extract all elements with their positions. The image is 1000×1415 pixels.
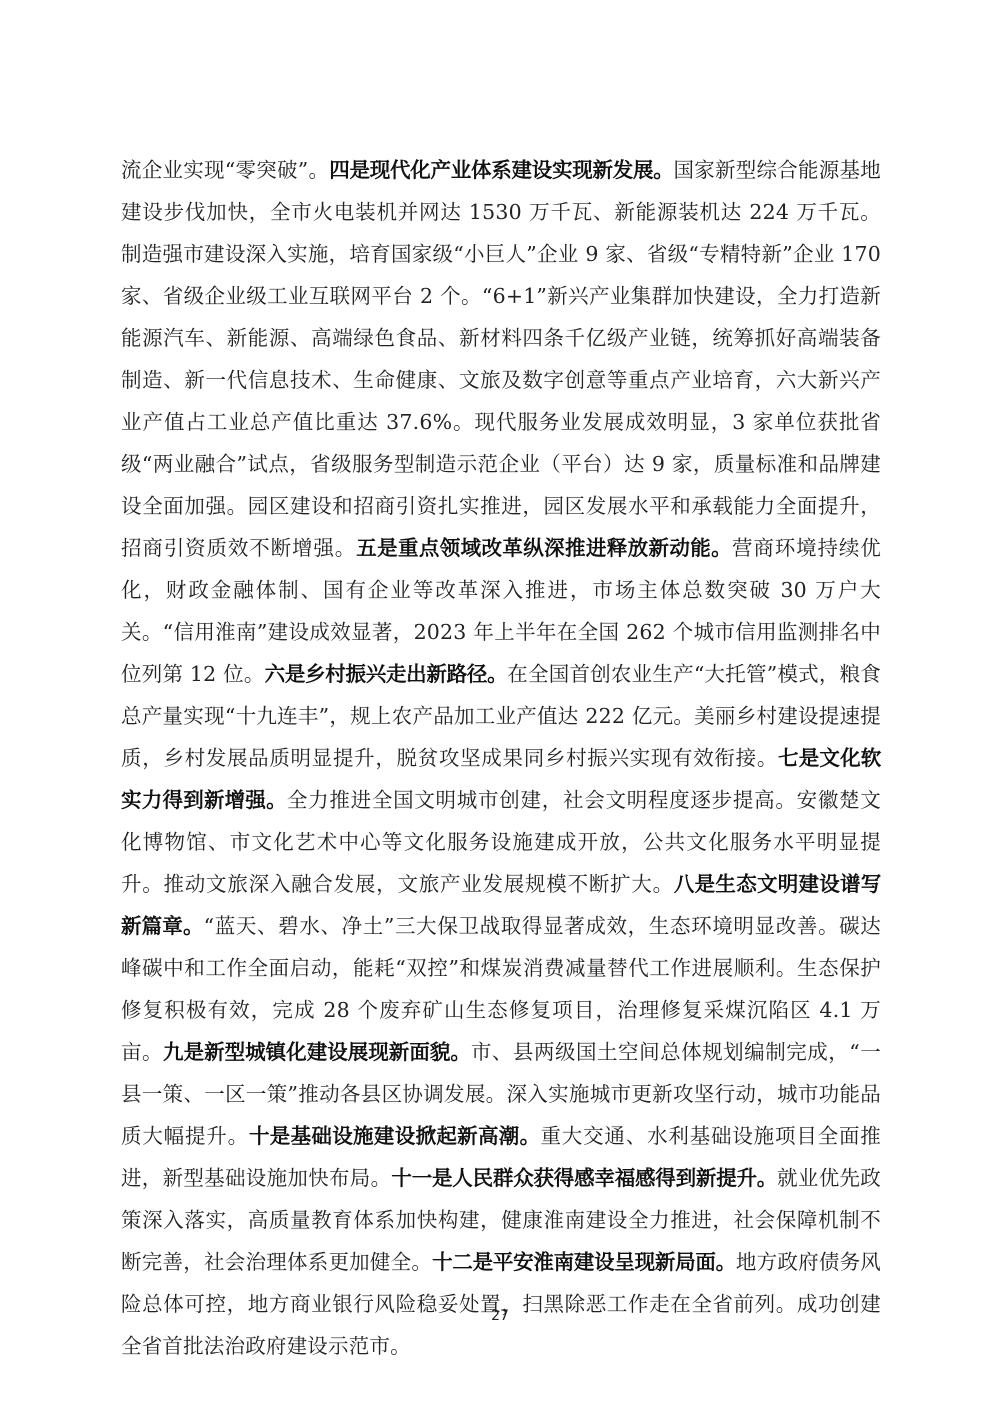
- body-paragraph: 流企业实现“零突破”。四是现代化产业体系建设实现新发展。国家新型综合能源基地建设…: [121, 149, 881, 1367]
- section-heading-12: 十二是平安淮南建设呈现新局面。: [432, 1250, 736, 1274]
- section-heading-6: 六是乡村振兴走出新路径。: [265, 662, 508, 686]
- document-page: 流企业实现“零突破”。四是现代化产业体系建设实现新发展。国家新型综合能源基地建设…: [0, 0, 1000, 1415]
- text-segment: 国家新型综合能源基地建设步伐加快，全市火电装机并网达 1530 万千瓦、新能源装…: [121, 158, 881, 560]
- section-heading-9: 九是新型城镇化建设展现新面貌。: [163, 1040, 471, 1064]
- section-heading-10: 十是基础设施建设掀起新高潮。: [249, 1124, 541, 1148]
- section-heading-4: 四是现代化产业体系建设实现新发展。: [329, 158, 673, 182]
- text-segment: 流企业实现“零突破”。: [121, 158, 329, 182]
- section-heading-5: 五是重点领域改革纵深推进释放新动能。: [356, 536, 732, 560]
- section-heading-11: 十一是人民群众获得感幸福感得到新提升。: [391, 1166, 777, 1190]
- page-number: 27: [0, 1308, 1000, 1324]
